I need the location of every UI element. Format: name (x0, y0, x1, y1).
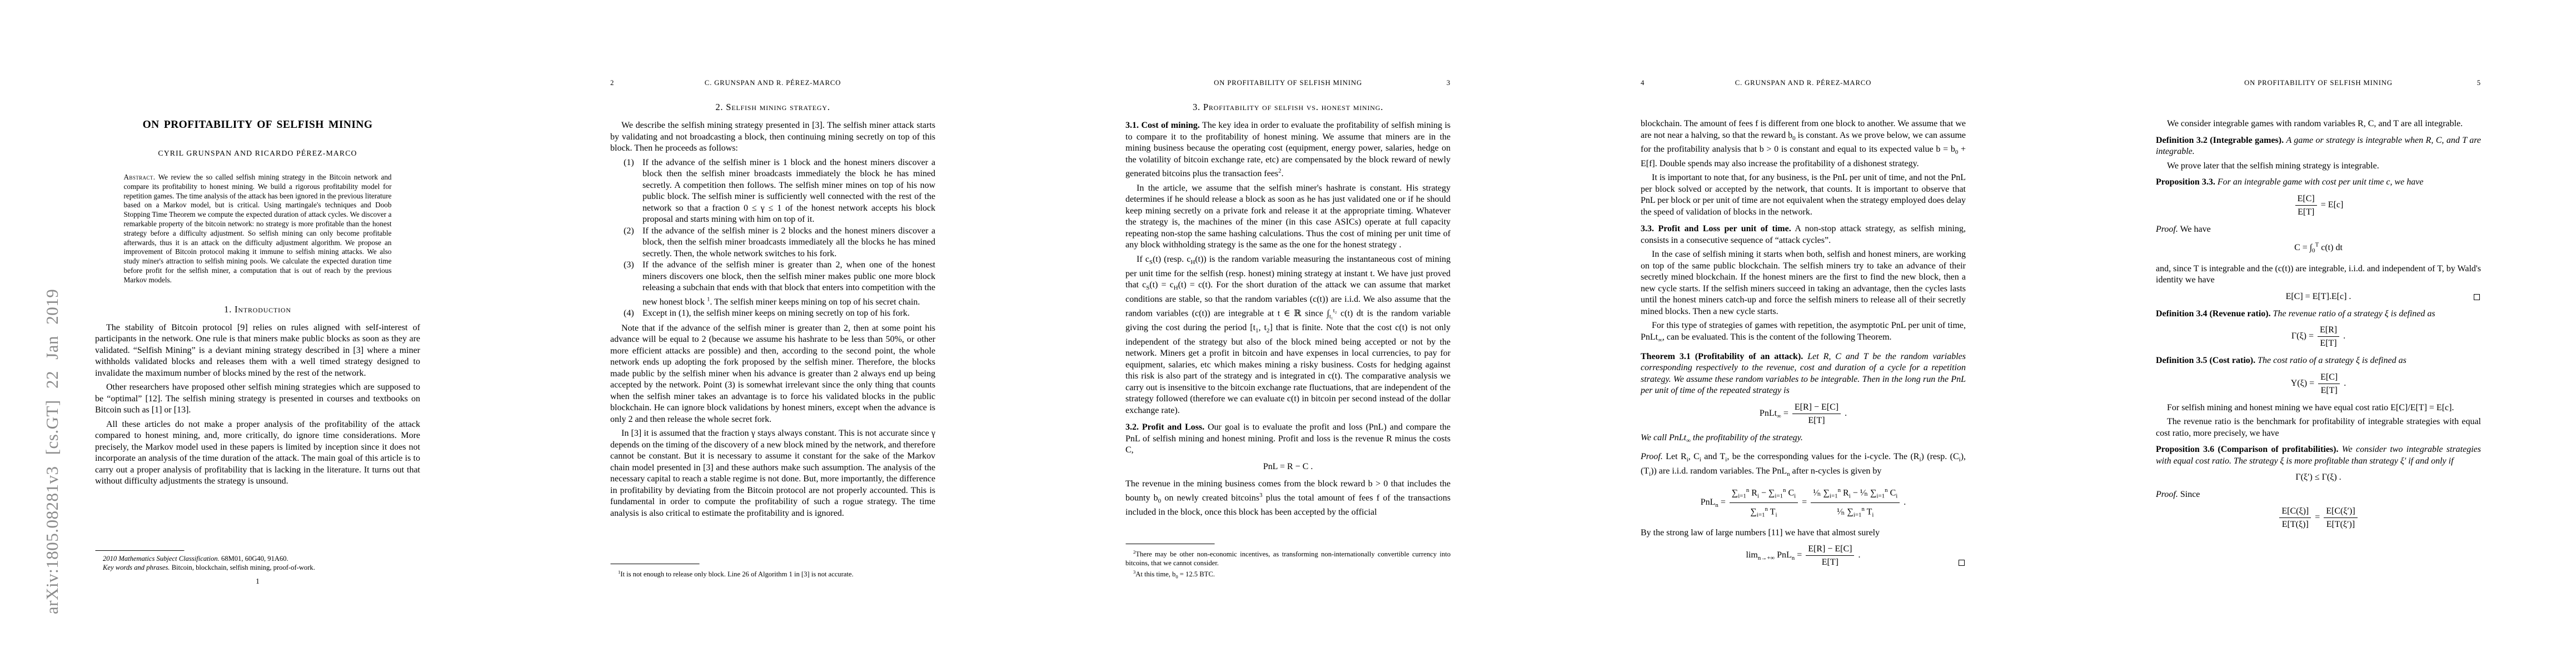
paragraph: Other researchers have proposed other se… (95, 382, 420, 416)
fraction-numerator: E[C] (2318, 372, 2340, 384)
running-head-center: C. GRUNSPAN AND R. PÉREZ-MARCO (632, 79, 913, 87)
proof-paragraph: Proof. Since (2156, 489, 2481, 501)
footnote-label: 2010 Mathematics Subject Classification. (103, 555, 220, 563)
equation-body: Γ(ξ) = E[R]E[T] . (2291, 331, 2345, 341)
fraction-numerator: ¹⁄ₙ ∑i=1n Ri − ¹⁄ₙ ∑i=1n Ci (1811, 485, 1900, 504)
fraction-numerator: E[R] − E[C] (1806, 544, 1854, 556)
paragraph: For selfish mining and honest mining we … (2156, 402, 2481, 414)
paper-authors: CYRIL GRUNSPAN AND RICARDO PÉREZ-MARCO (95, 149, 420, 158)
display-equation: PnL = R − C . (1125, 461, 1451, 472)
paragraph: We prove later that the selfish mining s… (2156, 161, 2481, 172)
paragraph: The revenue in the mining business comes… (1125, 479, 1451, 519)
footnote-rule (95, 550, 184, 551)
paragraph: Note that if the advance of the selfish … (610, 323, 935, 426)
display-equation: E[C] = E[T].E[c] . (2156, 291, 2481, 302)
running-head-center: ON PROFITABILITY OF SELFISH MINING (2178, 79, 2459, 87)
list-item-text: Except in (1), the selfish miner keeps o… (642, 308, 910, 318)
fraction-denominator: E[T(ξ)] (2279, 518, 2311, 530)
running-head: ON PROFITABILITY OF SELFISH MINING3 (1125, 79, 1451, 87)
running-head-right: 5 (2459, 79, 2481, 87)
footnote-text: There may be other non-economic incentiv… (1125, 550, 1451, 567)
equation-mid: = (2313, 512, 2322, 522)
footnote-area: 2There may be other non-economic incenti… (1125, 544, 1451, 581)
paragraph: It is important to note that, for any bu… (1641, 172, 1966, 218)
paragraph: For this type of strategies of games wit… (1641, 320, 1966, 346)
list-item-marker: (3) (624, 260, 634, 271)
block-label: Definition 3.2 (Integrable games). (2156, 136, 2284, 145)
list-item-marker: (4) (624, 308, 634, 320)
paragraph: All these articles do not make a proper … (95, 419, 420, 487)
equation-tail: . (2341, 331, 2345, 341)
block-text: We have (2180, 225, 2211, 234)
list-item-marker: (2) (624, 226, 634, 237)
block-label: Proof. (2156, 490, 2178, 499)
block-text: The cost ratio of a strategy ξ is define… (2258, 356, 2406, 365)
theorem-statement: Definition 3.4 (Revenue ratio). The reve… (2156, 308, 2481, 320)
subsection-paragraph: 3.3. Profit and Loss per unit of time. A… (1641, 223, 1966, 246)
list-item-marker: (1) (624, 157, 634, 169)
subsection-paragraph: 3.1. Cost of mining. The key idea in ord… (1125, 120, 1451, 180)
page-3: ON PROFITABILITY OF SELFISH MINING33. Pr… (1030, 0, 1546, 667)
equation-body: limn→+∞ PnLn = E[R] − E[C]E[T] . (1746, 550, 1861, 560)
text-column: blockchain. The amount of fees f is diff… (1641, 118, 1966, 568)
equation-lhs: PnLn = (1701, 497, 1728, 507)
equation-text: PnL = R − C . (1263, 462, 1313, 471)
running-head-left: 2 (610, 79, 632, 87)
running-head-center: ON PROFITABILITY OF SELFISH MINING (1148, 79, 1428, 87)
display-equation: Γ(ξ) = E[R]E[T] . (2156, 325, 2481, 349)
paragraph: If cS(t) (resp. cH(t)) is the random var… (1125, 254, 1451, 417)
proof-paragraph: Proof. We have (2156, 224, 2481, 236)
fraction-denominator: ∑i=1n Ti (1730, 503, 1798, 521)
footnote: 2There may be other non-economic incenti… (1125, 547, 1451, 568)
equation-body: PnLt∞ = E[R] − E[C]E[T] . (1760, 409, 1847, 418)
page-1: ON PROFITABILITY OF SELFISH MININGCYRIL … (0, 0, 515, 667)
fraction: E[C(ξ′)]E[T(ξ′)] (2324, 506, 2357, 530)
fraction-denominator: E[T] (1806, 556, 1854, 568)
fraction-denominator: E[T] (2318, 384, 2340, 396)
fraction-denominator: ¹⁄ₙ ∑i=1n Ti (1811, 503, 1900, 521)
fraction: E[R] − E[C]E[T] (1806, 544, 1854, 568)
paragraph: We call PnLt∞ the profitability of the s… (1641, 432, 1966, 447)
list-item-text: If the advance of the selfish miner is g… (642, 260, 935, 307)
fraction-numerator: E[R] − E[C] (1792, 402, 1841, 414)
paragraph: The revenue ratio is the benchmark for p… (2156, 416, 2481, 439)
qed-box (2474, 294, 2480, 300)
equation-lhs: Γ(ξ) = (2291, 331, 2316, 341)
display-equation: E[C(ξ)]E[T(ξ)] = E[C(ξ′)]E[T(ξ′)] (2156, 506, 2481, 530)
equation-body: PnLn = ∑i=1n Ri − ∑i=1n Ci∑i=1n Ti = ¹⁄ₙ… (1701, 497, 1906, 507)
footnote-label: Key words and phrases. (103, 564, 170, 571)
text-column: We consider integrable games with random… (2156, 118, 2481, 530)
fraction-denominator: E[T] (2318, 337, 2339, 349)
equation-tail: . (1901, 497, 1906, 507)
page-5: ON PROFITABILITY OF SELFISH MINING5We co… (2061, 0, 2576, 667)
text-column: 2. Selfish mining strategy.We describe t… (610, 102, 935, 519)
fraction-denominator: E[T(ξ′)] (2324, 518, 2357, 530)
equation-lhs: Υ(ξ) = (2291, 379, 2316, 388)
equation-body: PnL = R − C . (1263, 462, 1313, 471)
fraction-numerator: E[R] (2318, 325, 2339, 337)
running-head-right: 3 (1428, 79, 1451, 87)
equation-body: Υ(ξ) = E[C]E[T] . (2291, 379, 2346, 388)
block-label: Proposition 3.3. (2156, 177, 2215, 187)
section-heading: 1. Introduction (95, 304, 420, 315)
equation-mid: = (1800, 497, 1809, 507)
subsection-paragraph: 3.2. Profit and Loss. Our goal is to eva… (1125, 422, 1451, 456)
fraction: E[R] − E[C]E[T] (1792, 402, 1841, 426)
footnote-text: At this time, b0 = 12.5 BTC. (1135, 570, 1215, 578)
fraction: E[C(ξ)]E[T(ξ)] (2279, 506, 2311, 530)
list-item: (3)If the advance of the selfish miner i… (610, 260, 935, 308)
block-label: Definition 3.4 (Revenue ratio). (2156, 309, 2271, 318)
block-label: Theorem 3.1 (Profitability of an attack)… (1641, 352, 1803, 361)
block-label: Definition 3.5 (Cost ratio). (2156, 356, 2255, 365)
display-equation: C = ∫0T c(t) dt (2156, 240, 2481, 257)
fraction-denominator: E[T] (1792, 414, 1841, 426)
display-equation: PnLt∞ = E[R] − E[C]E[T] . (1641, 402, 1966, 426)
display-equation: Υ(ξ) = E[C]E[T] . (2156, 372, 2481, 396)
text-column: ON PROFITABILITY OF SELFISH MININGCYRIL … (95, 119, 420, 487)
footnote-rule (1125, 544, 1214, 544)
list-item: (2)If the advance of the selfish miner i… (610, 226, 935, 260)
equation-tail: . (1856, 550, 1860, 560)
abstract: Abstract. We review the so called selfis… (124, 173, 392, 285)
paragraph: We consider integrable games with random… (2156, 118, 2481, 130)
theorem-statement: Definition 3.5 (Cost ratio). The cost ra… (2156, 355, 2481, 367)
section-heading: 2. Selfish mining strategy. (610, 102, 935, 113)
display-equation: E[C]E[T] = E[c] (2156, 193, 2481, 217)
fraction: ¹⁄ₙ ∑i=1n Ri − ¹⁄ₙ ∑i=1n Ci¹⁄ₙ ∑i=1n Ti (1811, 485, 1900, 521)
running-head: 4C. GRUNSPAN AND R. PÉREZ-MARCO (1641, 79, 1966, 87)
theorem-statement: Proposition 3.3. For an integrable game … (2156, 177, 2481, 188)
footnote: 2010 Mathematics Subject Classification.… (95, 554, 420, 563)
block-text: Since (2180, 490, 2200, 499)
list-item-text: If the advance of the selfish miner is 1… (642, 158, 935, 225)
paragraph: We describe the selfish mining strategy … (610, 120, 935, 155)
page-number: 1 (0, 577, 515, 586)
fraction: E[C]E[T] (2318, 372, 2340, 396)
footnote: Key words and phrases. Bitcoin, blockcha… (95, 563, 420, 572)
block-text: Let Ri, Ci and Ti, be the corresponding … (1641, 452, 1966, 476)
display-equation: limn→+∞ PnLn = E[R] − E[C]E[T] . (1641, 544, 1966, 568)
equation-lhs: limn→+∞ PnLn = (1746, 550, 1805, 560)
footnote: 3At this time, b0 = 12.5 BTC. (1125, 568, 1451, 581)
paragraph: blockchain. The amount of fees f is diff… (1641, 118, 1966, 170)
abstract-label: Abstract. (124, 173, 156, 181)
equation-body: E[C] = E[T].E[c] . (2286, 292, 2351, 301)
equation-mid: = E[c] (2319, 200, 2344, 210)
fraction: E[C]E[T] (2295, 193, 2317, 217)
block-label: Proof. (1641, 452, 1663, 461)
paper-multipage-view: arXiv:1805.08281v3 [cs.GT] 22 Jan 2019 O… (0, 0, 2576, 667)
running-head-center: C. GRUNSPAN AND R. PÉREZ-MARCO (1663, 79, 1944, 87)
enumerated-list: (1)If the advance of the selfish miner i… (610, 157, 935, 320)
footnote-area: 2010 Mathematics Subject Classification.… (95, 550, 420, 572)
paragraph: By the strong law of large numbers [11] … (1641, 527, 1966, 539)
text-column: 3. Profitability of selfish vs. honest m… (1125, 102, 1451, 519)
list-item: (1)If the advance of the selfish miner i… (610, 157, 935, 226)
equation-body: E[C(ξ)]E[T(ξ)] = E[C(ξ′)]E[T(ξ′)] (2278, 512, 2359, 522)
block-label: 3.2. Profit and Loss. (1125, 422, 1204, 432)
qed-box (1959, 560, 1965, 566)
equation-tail: . (1842, 409, 1847, 418)
display-equation: PnLn = ∑i=1n Ri − ∑i=1n Ci∑i=1n Ti = ¹⁄ₙ… (1641, 485, 1966, 521)
equation-tail: . (2341, 379, 2346, 388)
equation-text: E[C] = E[T].E[c] . (2286, 292, 2351, 301)
fraction: E[R]E[T] (2318, 325, 2339, 349)
equation-text: Γ(ξ′) ≤ Γ(ξ) . (2295, 472, 2341, 482)
equation-body: E[C]E[T] = E[c] (2294, 200, 2344, 210)
running-head: ON PROFITABILITY OF SELFISH MINING5 (2156, 79, 2481, 87)
fraction-numerator: E[C(ξ′)] (2324, 506, 2357, 518)
fraction-numerator: ∑i=1n Ri − ∑i=1n Ci (1730, 485, 1798, 504)
running-head: 2C. GRUNSPAN AND R. PÉREZ-MARCO (610, 79, 935, 87)
footnote-text: It is not enough to release only block. … (620, 570, 853, 578)
block-label: Proof. (2156, 225, 2178, 234)
equation-text: C = ∫0T c(t) dt (2294, 243, 2343, 252)
fraction: ∑i=1n Ri − ∑i=1n Ci∑i=1n Ti (1730, 485, 1798, 521)
section-heading: 3. Profitability of selfish vs. honest m… (1125, 102, 1451, 113)
fraction-denominator: E[T] (2295, 206, 2317, 217)
running-head-left: 4 (1641, 79, 1663, 87)
footnote: 1It is not enough to release only block.… (610, 568, 935, 579)
proof-paragraph: Proof. Let Ri, Ci and Ti, be the corresp… (1641, 451, 1966, 480)
theorem-statement: Proposition 3.6 (Comparison of profitabi… (2156, 444, 2481, 467)
display-equation: Γ(ξ′) ≤ Γ(ξ) . (2156, 472, 2481, 482)
footnote-text: Bitcoin, blockchain, selfish mining, pro… (172, 564, 315, 571)
paragraph: In the article, we assume that the selfi… (1125, 183, 1451, 251)
paragraph: The stability of Bitcoin protocol [9] re… (95, 322, 420, 380)
block-text: The revenue ratio of a strategy ξ is def… (2273, 309, 2435, 318)
block-text: For an integrable game with cost per uni… (2218, 177, 2424, 187)
paragraph: In the case of selfish mining it starts … (1641, 249, 1966, 317)
paper-title: ON PROFITABILITY OF SELFISH MINING (95, 119, 420, 131)
abstract-text: We review the so called selfish mining s… (124, 173, 392, 284)
fraction-numerator: E[C(ξ)] (2279, 506, 2311, 518)
paragraph: and, since T is integrable and the (c(t)… (2156, 263, 2481, 286)
theorem-statement: Theorem 3.1 (Profitability of an attack)… (1641, 351, 1966, 397)
page-4: 4C. GRUNSPAN AND R. PÉREZ-MARCOblockchai… (1546, 0, 2061, 667)
block-label: 3.1. Cost of mining. (1125, 121, 1200, 130)
equation-lhs: PnLt∞ = (1760, 409, 1791, 418)
footnote-rule (610, 564, 699, 564)
equation-body: Γ(ξ′) ≤ Γ(ξ) . (2295, 472, 2341, 482)
list-item-text: If the advance of the selfish miner is 2… (642, 226, 935, 258)
paragraph: In [3] it is assumed that the fraction γ… (610, 428, 935, 519)
block-label: 3.3. Profit and Loss per unit of time. (1641, 224, 1791, 233)
equation-body: C = ∫0T c(t) dt (2294, 243, 2343, 252)
fraction-numerator: E[C] (2295, 193, 2317, 206)
theorem-statement: Definition 3.2 (Integrable games). A gam… (2156, 135, 2481, 158)
footnote-text: 68M01, 60G40, 91A60. (221, 555, 288, 563)
list-item: (4)Except in (1), the selfish miner keep… (610, 308, 935, 320)
page-2: 2C. GRUNSPAN AND R. PÉREZ-MARCO2. Selfis… (515, 0, 1030, 667)
footnote-area: 1It is not enough to release only block.… (610, 564, 935, 579)
block-label: Proposition 3.6 (Comparison of profitabi… (2156, 445, 2338, 454)
